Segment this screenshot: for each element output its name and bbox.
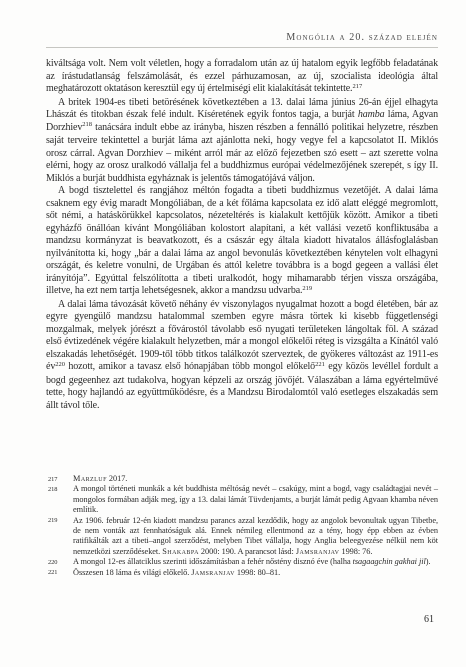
- running-header: Mongólia a 20. század elején: [46, 32, 438, 43]
- book-page: Mongólia a 20. század elején kiváltsága …: [0, 0, 466, 667]
- paragraph-2: A britek 1904-es tibeti betörésének köve…: [46, 97, 438, 186]
- footnote-text: Marzluf 2017.: [73, 474, 438, 484]
- footnote-number: 218: [46, 485, 73, 495]
- footnote: 220 A mongol 12-es állatciklus szerinti …: [46, 557, 438, 567]
- footnote: 219 Az 1906. február 12-én kiadott mandz…: [46, 516, 438, 558]
- footnote-text: A mongol 12-es állatciklus szerinti idős…: [73, 557, 438, 567]
- footnote-text: Összesen 18 láma és világi előkelő. Jams…: [73, 568, 438, 578]
- footnote: 217 Marzluf 2017.: [46, 474, 438, 484]
- footnote-number: 217: [46, 475, 73, 485]
- footnote: 221 Összesen 18 láma és világi előkelő. …: [46, 568, 438, 578]
- footnote-number: 221: [46, 568, 73, 578]
- footnote-text: A mongol történeti munkák a két buddhist…: [73, 484, 438, 515]
- footnote-number: 219: [46, 516, 73, 526]
- paragraph-4: A dalai láma távozását követő néhány év …: [46, 299, 438, 413]
- paragraph-1: kiváltsága volt. Nem volt véletlen, hogy…: [46, 58, 438, 97]
- footnote-number: 220: [46, 558, 73, 568]
- header-rule: [46, 47, 438, 48]
- body-text: kiváltsága volt. Nem volt véletlen, hogy…: [46, 58, 438, 412]
- page-number: 61: [424, 614, 434, 625]
- footnotes-block: 217 Marzluf 2017. 218 A mongol történeti…: [46, 474, 438, 578]
- paragraph-3: A bogd tisztelettel és rangjához méltón …: [46, 185, 438, 299]
- footnote: 218 A mongol történeti munkák a két budd…: [46, 484, 438, 515]
- footnote-text: Az 1906. február 12-én kiadott mandzsu p…: [73, 516, 438, 558]
